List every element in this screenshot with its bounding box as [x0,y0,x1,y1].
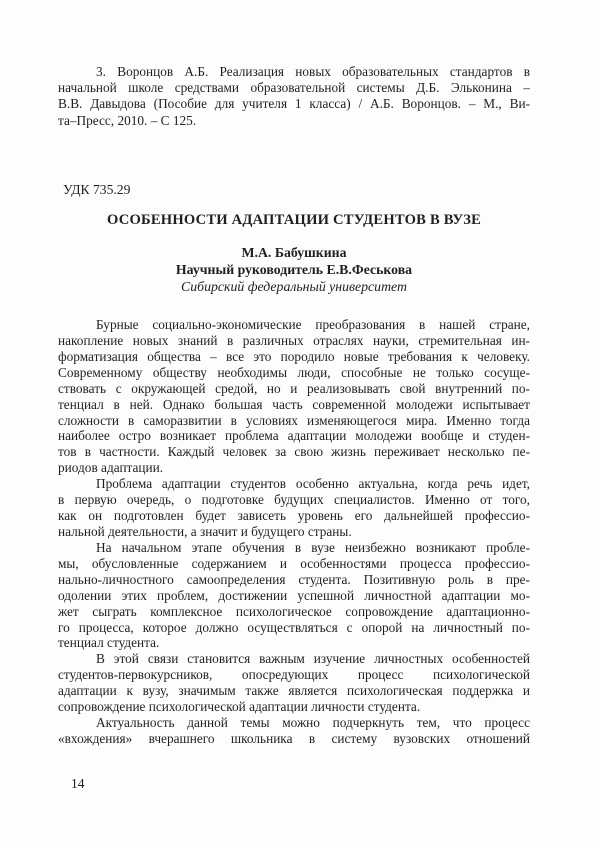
affiliation: Сибирский федеральный университет [58,279,530,296]
text-line: ствовать с окружающей средой, но и реали… [58,381,530,397]
paper-title: ОСОБЕННОСТИ АДАПТАЦИИ СТУДЕНТОВ В ВУЗЕ [58,212,530,229]
paragraph: В этой связи становится важным изучение … [58,651,530,715]
text-line: риодов адаптации. [58,460,530,476]
text-line: одолении этих проблем, достижении успешн… [58,588,530,604]
udc-code: УДК 735.29 [63,182,130,198]
text-line: На начальном этапе обучения в вузе неизб… [58,540,530,556]
text-line: В.В. Давыдова (Пособие для учителя 1 кла… [58,96,530,112]
page-number: 14 [71,776,85,792]
paragraph: На начальном этапе обучения в вузе неизб… [58,540,530,651]
text-line: тов в частности. Каждый человек за свою … [58,444,530,460]
text-line: тенциал студента. [58,635,530,651]
text-line: в первую очередь, о подготовке будущих с… [58,492,530,508]
text-line: нально-личностного самоопределения студе… [58,572,530,588]
text-line: нальной деятельности, а значит и будущег… [58,524,530,540]
supervisor-name: Научный руководитель Е.В.Феськова [58,262,530,279]
text-line: как он подготовлен будет зависеть уровен… [58,508,530,524]
document-page: 3. Воронцов А.Б. Реализация новых образо… [0,0,600,849]
text-line: Актуальность данной темы можно подчеркну… [58,715,530,731]
author-block: М.А. Бабушкина Научный руководитель Е.В.… [58,245,530,295]
reference-paragraph: 3. Воронцов А.Б. Реализация новых образо… [58,64,530,129]
text-line: студентов-первокурсников, опосредующих п… [58,667,530,683]
text-line: Бурные социально-экономические преобразо… [58,317,530,333]
text-line: В этой связи становится важным изучение … [58,651,530,667]
text-line: Современному обществу необходимы люди, с… [58,365,530,381]
text-line: наиболее остро возникает проблема адапта… [58,428,530,444]
paragraph: Бурные социально-экономические преобразо… [58,317,530,476]
author-name: М.А. Бабушкина [58,245,530,262]
paragraph: Актуальность данной темы можно подчеркну… [58,715,530,747]
text-line: накопление новых знаний в различных отра… [58,333,530,349]
text-line: жет сыграть комплексное психологическое … [58,604,530,620]
text-line: начальной школе средствами образовательн… [58,80,530,96]
body-paragraphs: Бурные социально-экономические преобразо… [58,317,530,747]
text-line: тенциал в ней. Однако большая часть совр… [58,397,530,413]
text-line: сложности в саморазвитии в условиях изме… [58,413,530,429]
text-line: форматизация общества – все это породило… [58,349,530,365]
text-line: «вхождения» вчерашнего школьника в систе… [58,731,530,747]
text-line: Проблема адаптации студентов особенно ак… [58,476,530,492]
text-line: 3. Воронцов А.Б. Реализация новых образо… [58,64,530,80]
paragraph: Проблема адаптации студентов особенно ак… [58,476,530,540]
text-line: адаптации к вузу, значимым также являетс… [58,683,530,699]
text-line: го процесса, которое должно осуществлять… [58,620,530,636]
text-line: мы, обусловленные содержанием и особенно… [58,556,530,572]
text-line: сопровождение психологической адаптации … [58,699,530,715]
text-line: та–Пресс, 2010. – С 125. [58,113,530,129]
